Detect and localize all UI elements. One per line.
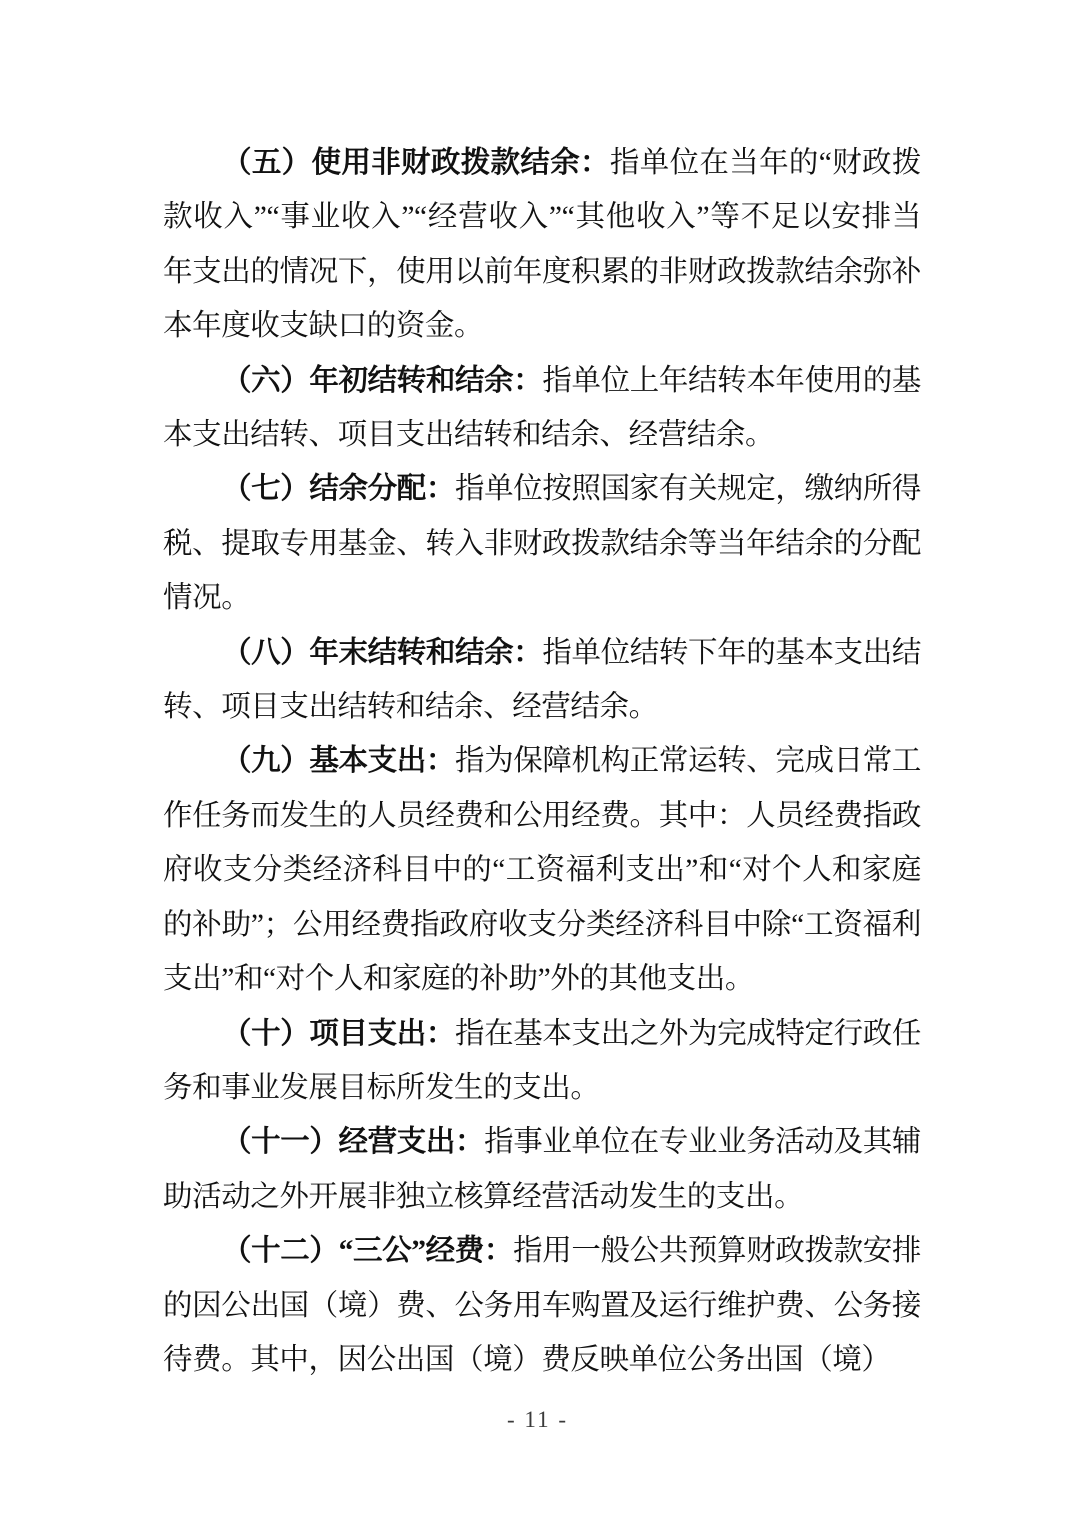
paragraph: （五）使用非财政拨款结余：指单位在当年的“财政拨款收入”“事业收入”“经营收入”… — [163, 136, 921, 354]
paragraph-heading: （八）年末结转和结余： — [222, 637, 542, 669]
paragraph-heading: （六）年初结转和结余： — [222, 365, 542, 397]
paragraph: （十）项目支出：指在基本支出之外为完成特定行政任务和事业发展目标所发生的支出。 — [163, 1007, 921, 1116]
page-number: - 11 - — [0, 1406, 1075, 1434]
paragraph-heading: （七）结余分配： — [222, 473, 455, 505]
paragraph-heading: （九）基本支出： — [222, 745, 455, 777]
paragraph: （六）年初结转和结余：指单位上年结转本年使用的基本支出结转、项目支出结转和结余、… — [163, 354, 921, 463]
document-content: （五）使用非财政拨款结余：指单位在当年的“财政拨款收入”“事业收入”“经营收入”… — [163, 136, 921, 1387]
paragraph: （七）结余分配：指单位按照国家有关规定，缴纳所得税、提取专用基金、转入非财政拨款… — [163, 462, 921, 625]
paragraph-heading: （十）项目支出： — [222, 1018, 455, 1050]
paragraph: （九）基本支出：指为保障机构正常运转、完成日常工作任务而发生的人员经费和公用经费… — [163, 734, 921, 1006]
paragraph: （八）年末结转和结余：指单位结转下年的基本支出结转、项目支出结转和结余、经营结余… — [163, 626, 921, 735]
paragraph: （十二）“三公”经费：指用一般公共预算财政拨款安排的因公出国（境）费、公务用车购… — [163, 1224, 921, 1387]
paragraph: （十一）经营支出：指事业单位在专业业务活动及其辅助活动之外开展非独立核算经营活动… — [163, 1115, 921, 1224]
paragraph-heading: （十一）经营支出： — [222, 1126, 484, 1158]
paragraph-body: 指为保障机构正常运转、完成日常工作任务而发生的人员经费和公用经费。其中：人员经费… — [163, 745, 921, 995]
paragraph-heading: （五）使用非财政拨款结余： — [222, 147, 610, 179]
document-page: （五）使用非财政拨款结余：指单位在当年的“财政拨款收入”“事业收入”“经营收入”… — [0, 0, 1075, 1520]
paragraph-heading: （十二）“三公”经费： — [222, 1235, 513, 1267]
